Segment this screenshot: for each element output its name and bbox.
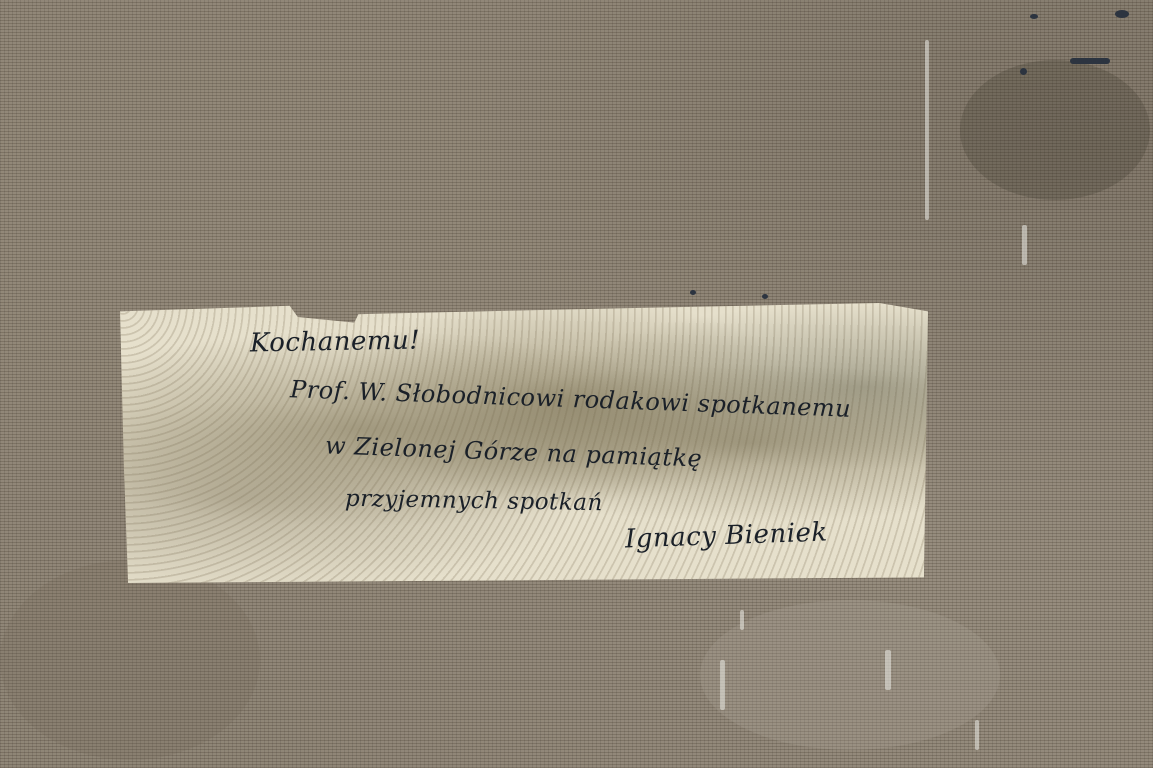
note-line-3: w Zielonej Górze na pamiątkę	[325, 431, 703, 472]
note-signature: Ignacy Bieniek	[625, 517, 829, 554]
ink-speck	[762, 294, 768, 299]
note-line-4: przyjemnych spotkań	[345, 486, 603, 516]
paint-drip	[885, 650, 891, 690]
canvas-stain	[0, 560, 260, 760]
note-line-2: Prof. W. Słobodnicowi rodakowi spotkanem…	[290, 375, 852, 423]
paint-drip	[925, 40, 929, 220]
canvas-stain	[700, 600, 1000, 750]
paint-drip	[1022, 225, 1027, 265]
ink-speck	[690, 290, 696, 295]
canvas-stain	[960, 60, 1150, 200]
handwritten-label: Kochanemu! Prof. W. Słobodnicowi rodakow…	[120, 303, 928, 583]
paint-drip	[720, 660, 725, 710]
note-greeting: Kochanemu!	[250, 326, 421, 359]
ink-speck	[1070, 58, 1110, 64]
paint-drip	[740, 610, 744, 630]
ink-speck	[1115, 10, 1129, 18]
ink-speck	[1020, 68, 1027, 75]
ink-speck	[1030, 14, 1038, 19]
paint-drip	[975, 720, 979, 750]
